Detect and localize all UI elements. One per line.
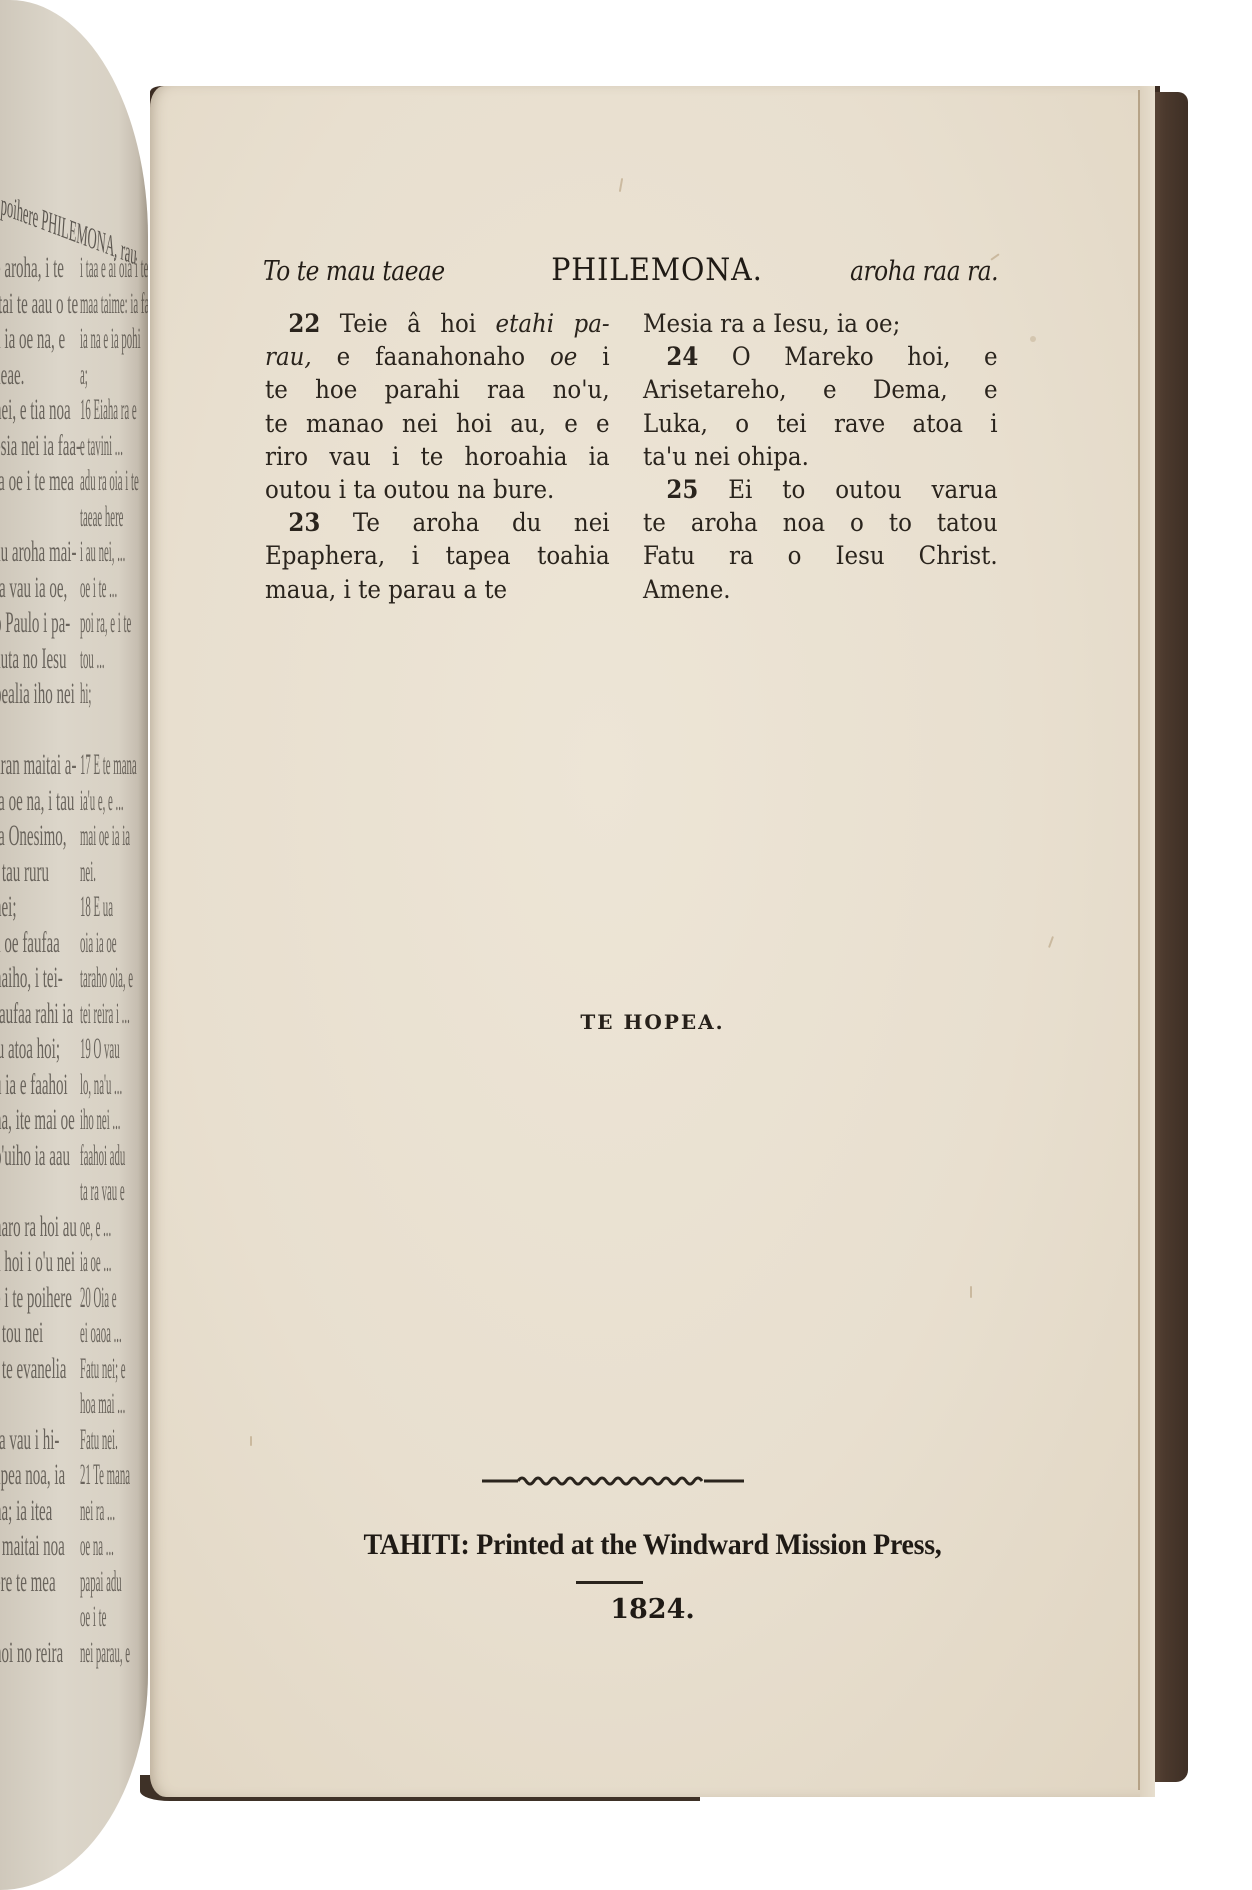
text-line: Fatu ra o Iesu Christ. xyxy=(643,540,998,573)
text-column-left: 22 Teie â hoi etahi pa-rau, e faanahonah… xyxy=(265,308,610,607)
line-text: Teie â hoi xyxy=(320,309,495,339)
gutter-shadow xyxy=(138,0,148,1890)
text-line: rau, e faanahonaho oe i xyxy=(265,341,610,374)
text-line: riro vau i te horoahia ia xyxy=(265,441,610,474)
cover-fore-edge xyxy=(1150,92,1188,1782)
text-line: Amene. xyxy=(643,574,998,607)
line-text: Amene. xyxy=(643,575,731,605)
text-line: Epaphera, i tapea toahia xyxy=(265,540,610,573)
text-line: 24 O Mareko hoi, e xyxy=(643,341,998,374)
printer-imprint: TAHITI: Printed at the Windward Mission … xyxy=(185,1528,1120,1562)
short-rule xyxy=(576,1581,643,1584)
line-text: Fatu ra o Iesu Christ. xyxy=(643,541,998,571)
paper-speck xyxy=(970,1286,972,1298)
line-text: Mesia ra a Iesu, ia oe; xyxy=(643,309,900,339)
text-line: te hoe parahi raa no'u, xyxy=(265,374,610,407)
line-text: Te aroha du nei xyxy=(320,508,609,538)
line-text: i xyxy=(577,342,609,372)
line-text: Luka, o tei rave atoa i xyxy=(643,409,998,439)
line-text: Ei to outou varua xyxy=(698,475,997,505)
text-line: te aroha noa o to tatou xyxy=(643,507,998,540)
text-line: 23 Te aroha du nei xyxy=(265,507,610,540)
text-line: 22 Teie â hoi etahi pa- xyxy=(265,308,610,341)
text-line: 25 Ei to outou varua xyxy=(643,474,998,507)
text-column-right: Mesia ra a Iesu, ia oe;24 O Mareko hoi, … xyxy=(643,308,998,607)
verse-number: 22 xyxy=(288,309,320,339)
paper-speck xyxy=(250,1436,252,1446)
text-line: outou i ta outou na bure. xyxy=(265,474,610,507)
end-title: TE HOPEA. xyxy=(150,1010,1155,1034)
line-text: ta'u nei ohipa. xyxy=(643,442,809,472)
paper-speck xyxy=(1030,336,1036,342)
text-line: maua, i te parau a te xyxy=(265,574,610,607)
running-head-right: aroha raa ra. xyxy=(850,256,998,287)
text-line: ta'u nei ohipa. xyxy=(643,441,998,474)
line-text: O Mareko hoi, e xyxy=(698,342,997,372)
text-line: Mesia ra a Iesu, ia oe; xyxy=(643,308,998,341)
line-text: te aroha noa o to tatou xyxy=(643,508,998,538)
text-line: Arisetareho, e Dema, e xyxy=(643,374,998,407)
italic-word: etahi pa- xyxy=(496,309,610,339)
paper-speck xyxy=(1048,936,1054,948)
running-head-left: To te mau taeae xyxy=(263,256,445,287)
left-page-column-a: e aroha, i te itai te aau o te a ia oe n… xyxy=(0,250,81,1670)
text-line: Luka, o tei rave atoa i xyxy=(643,408,998,441)
text-line: te manao nei hoi au, e e xyxy=(265,408,610,441)
left-page-curled: poihere PHILEMONA, rau e aroha, i te ita… xyxy=(0,0,148,1890)
line-text: maua, i te parau a te xyxy=(265,575,507,605)
paper-speck xyxy=(619,178,623,192)
line-text: outou i ta outou na bure. xyxy=(265,475,554,505)
verse-number: 25 xyxy=(666,475,698,505)
line-text: te hoe parahi raa no'u, xyxy=(265,375,610,405)
italic-word: rau, xyxy=(265,342,312,372)
ornamental-wavy-rule xyxy=(482,1475,744,1487)
line-text: te manao nei hoi au, e e xyxy=(265,409,610,439)
line-text: e faanahonaho xyxy=(312,342,550,372)
right-page: To te mau taeae PHILEMONA. aroha raa ra.… xyxy=(150,86,1155,1797)
page-edge-line xyxy=(1138,90,1140,1790)
verse-number: 24 xyxy=(666,342,698,372)
running-head: To te mau taeae PHILEMONA. aroha raa ra. xyxy=(263,252,998,292)
imprint-year: 1824. xyxy=(150,1594,1155,1625)
line-text: Epaphera, i tapea toahia xyxy=(265,541,610,571)
page-fore-edge xyxy=(1140,86,1155,1797)
running-head-title: PHILEMONA. xyxy=(551,252,762,288)
verse-number: 23 xyxy=(288,508,320,538)
line-text: Arisetareho, e Dema, e xyxy=(643,375,998,405)
italic-word: oe xyxy=(550,342,577,372)
line-text: riro vau i te horoahia ia xyxy=(265,442,610,472)
